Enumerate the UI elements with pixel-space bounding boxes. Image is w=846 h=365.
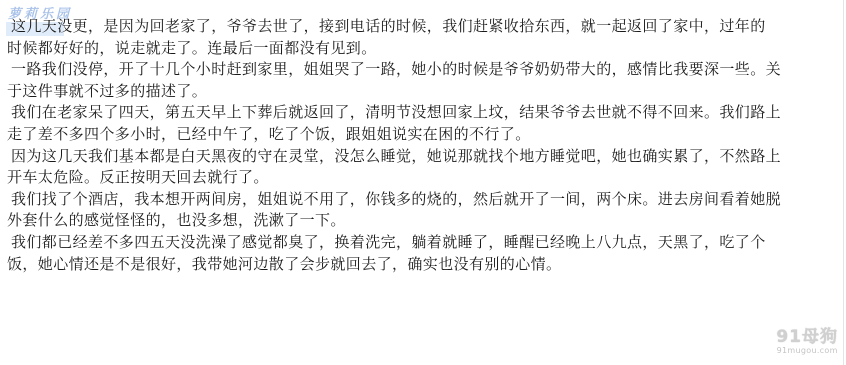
article-line: 一路我们没停，开了十几个小时赶到家里，姐姐哭了一路，她小的时候是爷爷奶奶带大的，…: [7, 59, 807, 81]
article-line: 开车太危险。反正按明天回去就行了。: [7, 167, 807, 189]
line-text: 走了差不多四个多小时，已经中午了，吃了个饭，跟姐姐说实在困的不行了。: [7, 125, 531, 143]
line-text: 一路我们没停，开了十几个小时赶到家里，姐姐哭了一路，她小的时候是爷爷奶奶带大的，…: [11, 60, 781, 78]
article-line: 这几天没更，是因为回老家了，爷爷去世了，接到电话的时候，我们赶紧收拾东西，就一起…: [7, 16, 807, 38]
line-text: 外套什么的感觉怪怪的，也没多想，洗漱了一下。: [7, 211, 346, 229]
article-line: 我们都已经差不多四五天没洗澡了感觉都臭了，换着洗完，躺着就睡了，睡醒已经晚上八九…: [7, 232, 807, 254]
document-page: 萝莉乐园 这几天没更，是因为回老家了，爷爷去世了，接到电话的时候，我们赶紧收拾东…: [0, 0, 846, 365]
line-text: 开车太危险。反正按明天回去就行了。: [7, 168, 269, 186]
watermark-site-url: 91mugou.com: [776, 346, 838, 355]
line-text: 我们都已经差不多四五天没洗澡了感觉都臭了，换着洗完，躺着就睡了，睡醒已经晚上八九…: [11, 233, 766, 251]
line-text: 因为这几天我们基本都是白天黑夜的守在灵堂，没怎么睡觉，她说那就找个地方睡觉吧，她…: [11, 147, 781, 165]
line-text: 这几天没更，是因为回老家了，爷爷去世了，接到电话的时候，我们赶紧收拾东西，就一起…: [11, 17, 766, 35]
article-line: 因为这几天我们基本都是白天黑夜的守在灵堂，没怎么睡觉，她说那就找个地方睡觉吧，她…: [7, 146, 807, 168]
article-line: 外套什么的感觉怪怪的，也没多想，洗漱了一下。: [7, 210, 807, 232]
line-text: 时候都好好的，说走就走了。连最后一面都没有见到。: [7, 39, 377, 57]
article-line: 走了差不多四个多小时，已经中午了，吃了个饭，跟姐姐说实在困的不行了。: [7, 124, 807, 146]
article-line: 我们找了个酒店，我本想开两间房，姐姐说不用了，你钱多的烧的，然后就开了一间，两个…: [7, 189, 807, 211]
line-text: 于这件事就不过多的描述了。: [7, 82, 207, 100]
article-line: 我们在老家呆了四天，第五天早上下葬后就返回了，清明节没想回家上坟，结果爷爷去世就…: [7, 102, 807, 124]
watermark-top-left: 萝莉乐园: [8, 3, 72, 22]
right-border-rule: [843, 0, 844, 365]
article-line: 饭，她心情还是不是很好，我带她河边散了会步就回去了，确实也没有别的心情。: [7, 254, 807, 276]
article-line: 于这件事就不过多的描述了。: [7, 81, 807, 103]
watermark-bottom-right: 91母狗 91mugou.com: [776, 328, 838, 355]
line-text: 我们找了个酒店，我本想开两间房，姐姐说不用了，你钱多的烧的，然后就开了一间，两个…: [11, 190, 781, 208]
article-body: 这几天没更，是因为回老家了，爷爷去世了，接到电话的时候，我们赶紧收拾东西，就一起…: [7, 16, 807, 275]
line-text: 饭，她心情还是不是很好，我带她河边散了会步就回去了，确实也没有别的心情。: [7, 255, 561, 273]
watermark-site-name: 91母狗: [776, 328, 838, 346]
article-line: 时候都好好的，说走就走了。连最后一面都没有见到。: [7, 38, 807, 60]
line-text: 我们在老家呆了四天，第五天早上下葬后就返回了，清明节没想回家上坟，结果爷爷去世就…: [11, 103, 781, 121]
